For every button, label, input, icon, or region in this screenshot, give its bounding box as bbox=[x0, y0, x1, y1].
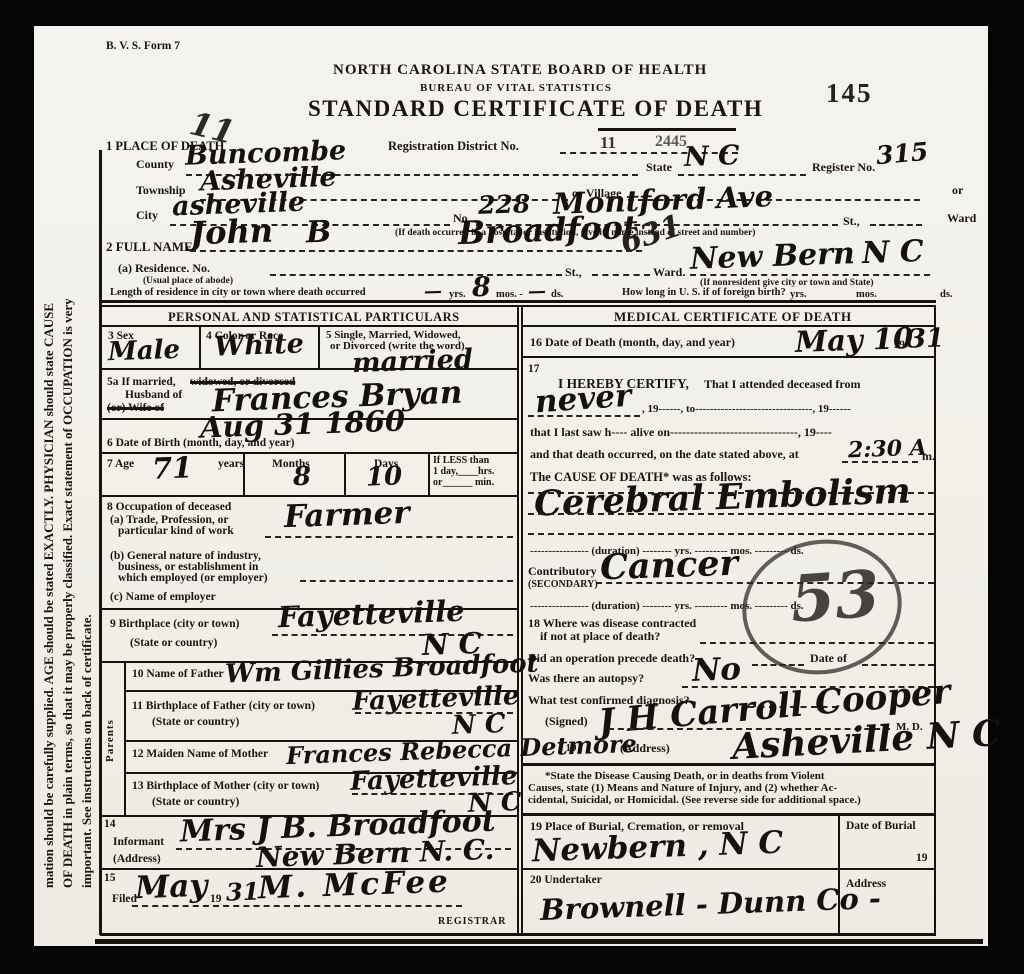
operation-blank bbox=[752, 664, 804, 666]
parents-group-label: Parents bbox=[104, 719, 116, 762]
occupation-a-line2: particular kind of work bbox=[118, 525, 234, 538]
certificate-stamp-number: 145 bbox=[826, 78, 873, 108]
occupation-label: 8 Occupation of deceased bbox=[107, 501, 231, 514]
residence-ward-label: Ward. bbox=[653, 266, 685, 279]
or-label: or bbox=[952, 184, 963, 197]
length-yrs-label: yrs. bbox=[449, 289, 466, 301]
undertaker-address-label: Address bbox=[846, 878, 886, 891]
county-label: County bbox=[136, 158, 174, 171]
death-occurred-tail: m. bbox=[922, 450, 935, 463]
residence-state-value: N C bbox=[861, 237, 924, 269]
married-5a-label: 5a If married, bbox=[107, 376, 176, 389]
ward-line bbox=[870, 224, 922, 226]
signed-label: (Signed) bbox=[545, 715, 588, 728]
filed-month-value: May bbox=[134, 871, 207, 905]
last-saw-line: that I last saw h---- alive on----------… bbox=[530, 426, 832, 439]
filed-label: Filed bbox=[112, 893, 137, 906]
date-of-death-label: 16 Date of Death (month, day, and year) bbox=[530, 336, 735, 349]
burial-year-printed: 19 bbox=[916, 852, 928, 865]
burial-value: Newbern , N C bbox=[532, 828, 784, 868]
full-name-last: Broadfoot bbox=[457, 211, 638, 249]
state-label: State bbox=[646, 161, 672, 174]
residence-line bbox=[270, 274, 562, 276]
date-of-death-year-value: 31 bbox=[908, 325, 945, 352]
occupation-b-line3: which employed (or employer) bbox=[118, 572, 268, 585]
age-months-value: 8 bbox=[293, 464, 312, 491]
informant-address-label: (Address) bbox=[113, 853, 161, 866]
stamp-53-value: 53 bbox=[788, 557, 882, 638]
state-line bbox=[678, 174, 806, 176]
full-name-line bbox=[190, 250, 642, 252]
length-ds-label: ds. bbox=[551, 289, 564, 301]
birthplace-label: 9 Birthplace (city or town) bbox=[110, 618, 239, 631]
parents-inner-divider bbox=[124, 661, 126, 815]
scan-bottom-band bbox=[95, 939, 983, 944]
sex-race-divider1 bbox=[199, 325, 201, 368]
column-divider-left bbox=[517, 306, 519, 935]
less-than-line2: 1 day,____hrs. bbox=[433, 466, 494, 477]
undertaker-label: 20 Undertaker bbox=[530, 874, 602, 887]
abode-note: (Usual place of abode) bbox=[143, 276, 233, 287]
attended-from-value: never bbox=[534, 381, 632, 419]
length-ds-value: — bbox=[528, 283, 547, 302]
filed-year-value: 31 bbox=[226, 879, 260, 904]
mother-birthplace-label: 13 Birthplace of Mother (city or town) bbox=[132, 780, 319, 793]
operation-question: Did an operation precede death? bbox=[528, 652, 695, 665]
form-number: B. V. S. Form 7 bbox=[106, 40, 180, 53]
death-time-value: 2:30 A bbox=[848, 437, 928, 462]
registration-district-value-left: 11 bbox=[600, 133, 616, 152]
birthplace-state-label: (State or country) bbox=[130, 637, 217, 650]
personal-section-title: PERSONAL AND STATISTICAL PARTICULARS bbox=[168, 310, 460, 324]
race-value: White bbox=[214, 330, 305, 360]
age-cell-divider2 bbox=[344, 452, 346, 495]
row-rule-age bbox=[100, 495, 517, 497]
less-than-line1: If LESS than bbox=[433, 455, 489, 466]
secondary-label: (SECONDARY) bbox=[528, 579, 598, 590]
certify-rest: That I attended deceased from bbox=[704, 378, 860, 391]
filed-year-printed: 19 bbox=[210, 893, 222, 906]
medical-section-title: MEDICAL CERTIFICATE OF DEATH bbox=[614, 310, 852, 325]
age-days-value: 10 bbox=[366, 463, 403, 490]
residence-label: (a) Residence. No. bbox=[118, 262, 210, 275]
st-label: St., bbox=[843, 215, 860, 228]
mother-name-label: 12 Maiden Name of Mother bbox=[132, 748, 268, 761]
form-left-border bbox=[99, 150, 102, 935]
row-rule-345 bbox=[100, 368, 517, 370]
occupation-b-line bbox=[300, 580, 513, 582]
registration-overline bbox=[598, 128, 736, 131]
attended-blank-line bbox=[528, 415, 640, 417]
footnote-line3: cidental, Suicidal, or Homicidal. (See r… bbox=[528, 794, 861, 806]
occupation-a-line bbox=[265, 536, 513, 538]
autopsy-question: Was there an autopsy? bbox=[528, 672, 644, 685]
father-birthplace-label: 11 Birthplace of Father (city or town) bbox=[132, 700, 315, 713]
q18-line2: if not at place of death? bbox=[540, 630, 660, 643]
certificate-title: STANDARD CERTIFICATE OF DEATH bbox=[308, 96, 763, 122]
row-rule-burial bbox=[523, 868, 934, 870]
father-birthplace-state-label: (State or country) bbox=[152, 716, 239, 729]
autopsy-value: No bbox=[691, 654, 741, 687]
death-time-line bbox=[842, 461, 918, 463]
margin-note-line1: mation should be carefully supplied. AGE… bbox=[42, 28, 57, 888]
footnote-line1: *State the Disease Causing Death, or in … bbox=[545, 770, 824, 782]
marital-value: married bbox=[352, 346, 474, 377]
form-right-border bbox=[934, 306, 936, 935]
margin-note-line3: important. See instructions on back of c… bbox=[80, 28, 95, 888]
residence-st-line bbox=[592, 274, 650, 276]
length-mos-label: mos. - bbox=[496, 289, 523, 301]
city-label: City bbox=[136, 209, 158, 222]
length-mos-value: 8 bbox=[472, 274, 492, 302]
death-occurred-line: and that death occurred, on the date sta… bbox=[530, 448, 799, 461]
sex-value: Male bbox=[108, 337, 181, 365]
q18-line bbox=[700, 642, 934, 644]
full-name-first: John bbox=[189, 215, 273, 250]
age-cell-divider3 bbox=[428, 452, 430, 495]
filed-number: 15 bbox=[104, 872, 116, 885]
foreign-mos-label: mos. bbox=[856, 289, 877, 301]
register-no-value: 315 bbox=[875, 139, 929, 168]
full-name-middle: B bbox=[305, 218, 331, 249]
residence-value: New Bern bbox=[690, 239, 856, 275]
father-name-label: 10 Name of Father bbox=[132, 668, 224, 681]
burial-date-label: Date of Burial bbox=[846, 820, 916, 833]
footnote-top-rule bbox=[521, 763, 934, 766]
left-title-rule bbox=[100, 325, 517, 327]
mother-birthplace-state-label: (State or country) bbox=[152, 796, 239, 809]
age-years-value: 71 bbox=[152, 453, 193, 483]
margin-note-line2: OF DEATH in plain terms, so that it may … bbox=[61, 28, 76, 888]
contributory-value: Cancer bbox=[599, 546, 738, 586]
age-label: 7 Age bbox=[107, 458, 134, 471]
foreign-birth-label: How long in U. S. if of foreign birth? bbox=[622, 287, 786, 299]
occupation-a-value: Farmer bbox=[283, 498, 410, 533]
ward-label: Ward bbox=[947, 212, 976, 225]
signature-year-label: , 19 bbox=[560, 742, 577, 754]
dob-label: 6 Date of Birth (month, day, and year) bbox=[107, 437, 295, 450]
length-residence-label: Length of residence in city or town wher… bbox=[110, 287, 366, 299]
age-years-label: years bbox=[218, 458, 244, 471]
full-name-label: 2 FULL NAME bbox=[106, 240, 193, 255]
date-of-death-year-printed: 19 bbox=[893, 338, 905, 351]
contributory-label: Contributory bbox=[528, 565, 597, 578]
foreign-ds-label: ds. bbox=[940, 289, 953, 301]
registrar-label: REGISTRAR bbox=[438, 916, 506, 927]
residence-st-label: St., bbox=[565, 266, 582, 279]
item-17-number: 17 bbox=[528, 363, 540, 376]
cause-line-3 bbox=[528, 533, 934, 535]
length-yrs-value: — bbox=[424, 283, 443, 302]
foreign-yrs-label: yrs. bbox=[790, 289, 807, 301]
certify-line2: , 19------, to--------------------------… bbox=[642, 403, 851, 415]
death-certificate-scan: mation should be carefully supplied. AGE… bbox=[0, 0, 1024, 974]
husband-of-label: Husband of bbox=[125, 389, 182, 402]
double-rule-top bbox=[100, 300, 936, 303]
row-rule-dod bbox=[523, 356, 934, 358]
less-than-line3: or______ min. bbox=[433, 477, 494, 488]
board-title: NORTH CAROLINA STATE BOARD OF HEALTH bbox=[333, 62, 707, 79]
state-value: N C bbox=[684, 142, 740, 171]
registration-district-label: Registration District No. bbox=[388, 139, 519, 153]
informant-number: 14 bbox=[104, 818, 116, 831]
signature-address-label: (Address) bbox=[620, 742, 670, 755]
burial-top-rule bbox=[521, 813, 934, 816]
informant-label: Informant bbox=[113, 836, 164, 849]
cause-line-2 bbox=[528, 513, 934, 515]
registration-district-value-right: 2445 bbox=[655, 133, 687, 151]
registrar-signature: M. McFee bbox=[258, 867, 452, 905]
sex-race-divider2 bbox=[318, 325, 320, 368]
residence-ward-line bbox=[690, 274, 930, 276]
form-bottom-rule bbox=[100, 933, 936, 936]
wife-of-struck: (or) Wife of bbox=[107, 402, 164, 415]
bureau-title: BUREAU OF VITAL STATISTICS bbox=[420, 82, 612, 94]
operation-date-label: Date of bbox=[810, 652, 847, 665]
filed-line bbox=[132, 905, 462, 907]
occupation-c-label: (c) Name of employer bbox=[110, 591, 216, 604]
operation-date-blank bbox=[862, 664, 934, 666]
footnote-line2: Causes, state (1) Means and Nature of In… bbox=[528, 782, 837, 794]
register-no-label: Register No. bbox=[812, 161, 875, 174]
column-divider-right bbox=[521, 306, 523, 935]
